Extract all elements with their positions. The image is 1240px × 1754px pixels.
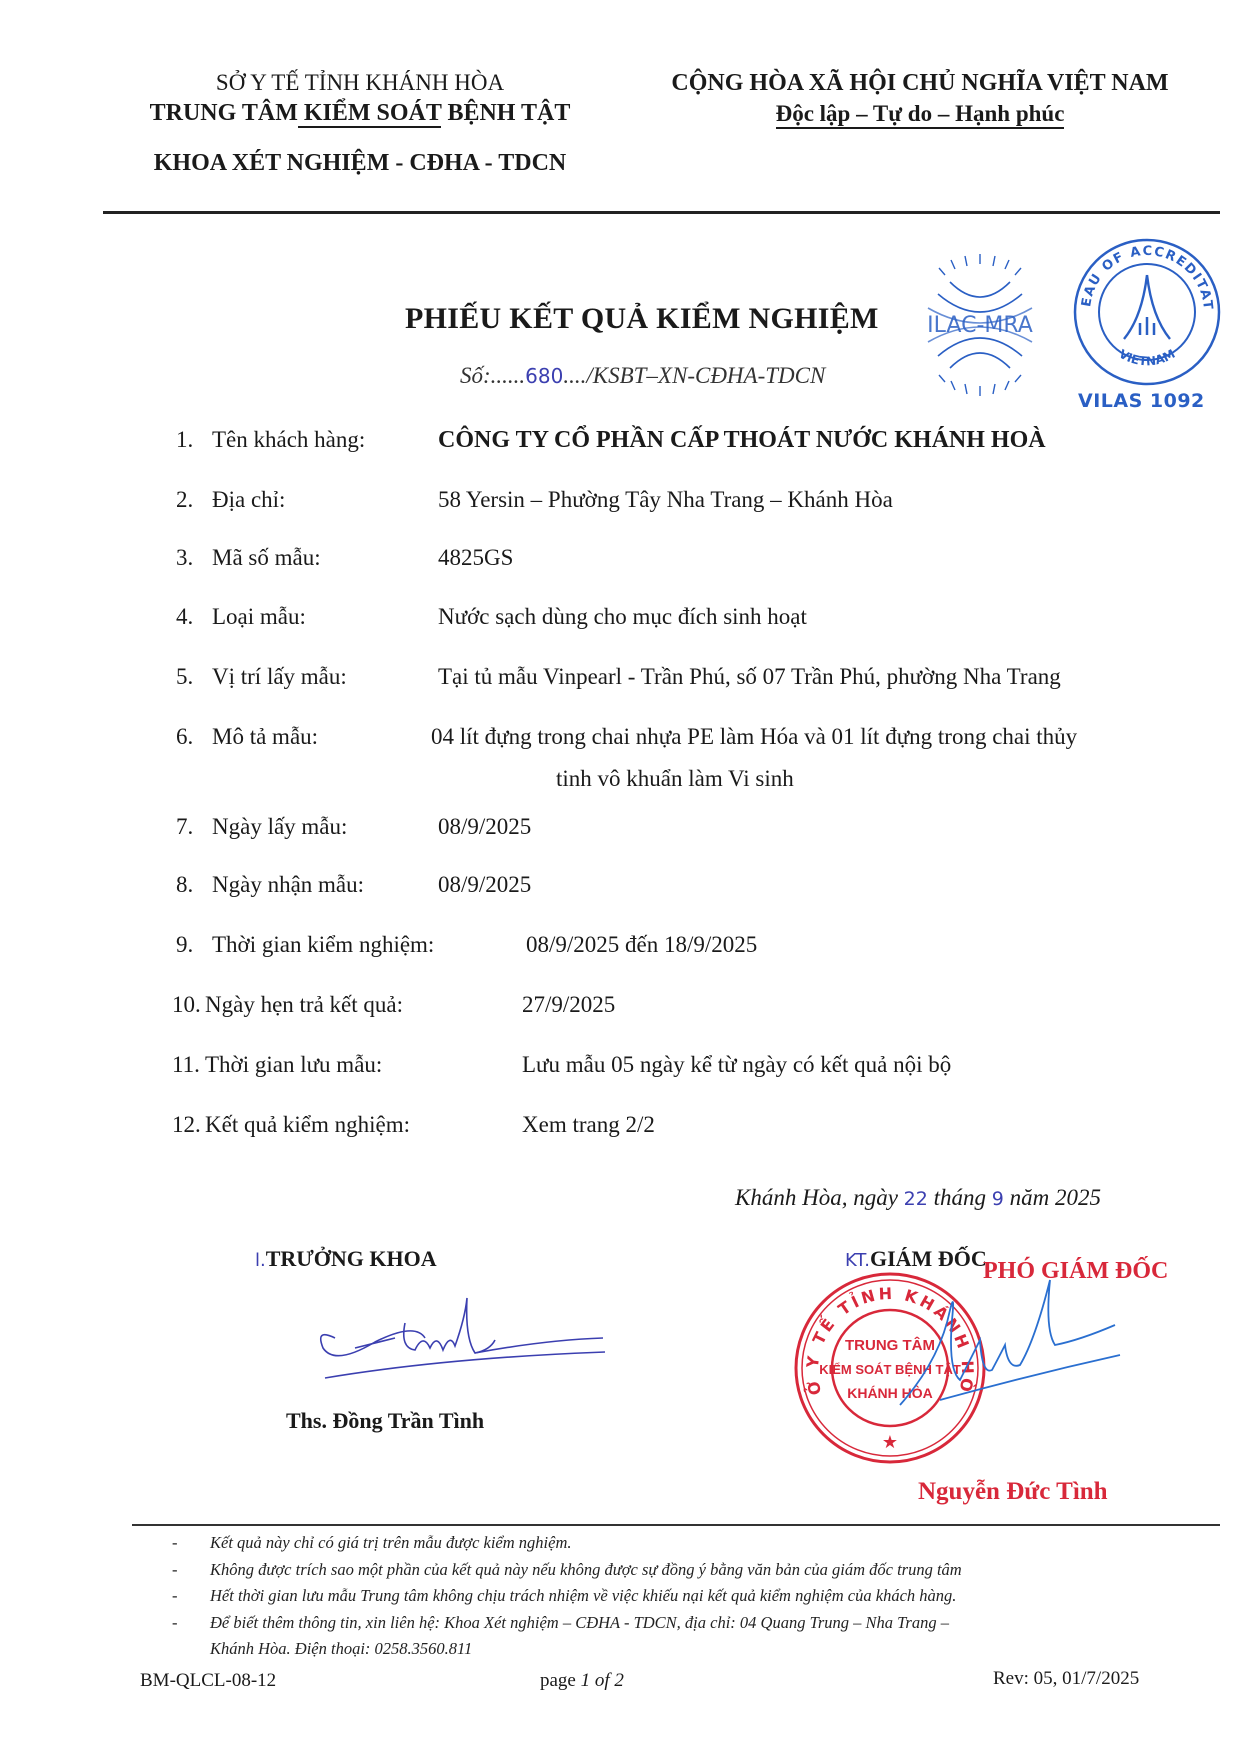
- field-label: Mã số mẫu:: [212, 543, 321, 573]
- field-value: 4825GS: [438, 543, 513, 573]
- field-label: Ngày nhận mẫu:: [212, 870, 364, 900]
- republic-title: CỘNG HÒA XÃ HỘI CHỦ NGHĨA VIỆT NAM: [640, 68, 1200, 98]
- form-code: BM-QLCL-08-12: [140, 1670, 276, 1692]
- note-item-continued: Khánh Hòa. Điện thoại: 0258.3560.811: [170, 1636, 1220, 1663]
- department-head-name: Ths. Đồng Trần Tình: [286, 1408, 484, 1434]
- organization-header: SỞ Y TẾ TỈNH KHÁNH HÒA TRUNG TÂM KIỂM SO…: [100, 68, 620, 177]
- signature-director-icon: [880, 1270, 1130, 1420]
- vilas-code: VILAS 1092: [1078, 390, 1205, 412]
- center-name: TRUNG TÂM KIỂM SOÁT BỆNH TẬT: [100, 98, 620, 128]
- field-row: 6.Mô tả mẫu:04 lít đựng trong chai nhựa …: [176, 722, 1216, 802]
- field-label: Thời gian lưu mẫu:: [205, 1050, 382, 1080]
- field-label: Tên khách hàng:: [212, 425, 365, 455]
- field-value: 08/9/2025: [438, 812, 531, 842]
- field-row: 8.Ngày nhận mẫu:08/9/2025: [176, 870, 1216, 902]
- field-value: 08/9/2025 đến 18/9/2025: [526, 930, 757, 960]
- department-name: SỞ Y TẾ TỈNH KHÁNH HÒA: [100, 68, 620, 98]
- revision-info: Rev: 05, 01/7/2025: [993, 1668, 1139, 1690]
- field-label: Mô tả mẫu:: [212, 722, 318, 752]
- national-motto: Độc lập – Tự do – Hạnh phúc: [640, 98, 1200, 130]
- field-value: 58 Yersin – Phường Tây Nha Trang – Khánh…: [438, 485, 893, 515]
- field-value: Xem trang 2/2: [522, 1110, 655, 1140]
- field-number: 3.: [176, 543, 193, 573]
- field-number: 2.: [176, 485, 193, 515]
- place-date: Khánh Hòa, ngày 22 tháng 9 năm 2025: [735, 1185, 1101, 1211]
- note-item: -Để biết thêm thông tin, xin liên hệ: Kh…: [170, 1610, 1220, 1637]
- disclaimer-notes: -Kết quả này chỉ có giá trị trên mẫu đượ…: [170, 1530, 1220, 1663]
- field-value: 08/9/2025: [438, 870, 531, 900]
- footer-divider: [132, 1524, 1220, 1526]
- field-value: CÔNG TY CỔ PHẦN CẤP THOÁT NƯỚC KHÁNH HOÀ: [438, 425, 1046, 455]
- note-item: -Kết quả này chỉ có giá trị trên mẫu đượ…: [170, 1530, 1220, 1557]
- field-row: 5.Vị trí lấy mẫu:Tại tủ mẫu Vinpearl - T…: [176, 662, 1216, 694]
- field-label: Vị trí lấy mẫu:: [212, 662, 347, 692]
- field-value: Nước sạch dùng cho mục đích sinh hoạt: [438, 602, 807, 632]
- field-row: 9.Thời gian kiểm nghiệm:08/9/2025 đến 18…: [176, 930, 1216, 962]
- field-label: Kết quả kiểm nghiệm:: [205, 1110, 410, 1140]
- ilac-mra-stamp-icon: ILAC-MRA: [910, 250, 1050, 400]
- field-number: 5.: [176, 662, 193, 692]
- field-number: 10.: [172, 990, 201, 1020]
- field-row: 2.Địa chỉ:58 Yersin – Phường Tây Nha Tra…: [176, 485, 1216, 517]
- national-header: CỘNG HÒA XÃ HỘI CHỦ NGHĨA VIỆT NAM Độc l…: [640, 68, 1200, 130]
- field-row: 12.Kết quả kiểm nghiệm:Xem trang 2/2: [172, 1110, 1212, 1142]
- field-number: 7.: [176, 812, 193, 842]
- signature-department-head-icon: [305, 1278, 605, 1388]
- field-value: Tại tủ mẫu Vinpearl - Trần Phú, số 07 Tr…: [438, 662, 1061, 692]
- header-divider: [103, 211, 1220, 214]
- field-number: 11.: [172, 1050, 200, 1080]
- handwritten-number: 680: [525, 364, 563, 388]
- document-number: Số:......680..../KSBT–XN-CĐHA-TDCN: [460, 363, 825, 389]
- document-title: PHIẾU KẾT QUẢ KIỂM NGHIỆM: [405, 302, 879, 336]
- field-number: 9.: [176, 930, 193, 960]
- field-number: 6.: [176, 722, 193, 752]
- field-number: 12.: [172, 1110, 201, 1140]
- field-label: Loại mẫu:: [212, 602, 306, 632]
- accreditation-stamp-icon: BUREAU OF ACCREDITATION VIETNAM: [1072, 237, 1222, 387]
- field-number: 4.: [176, 602, 193, 632]
- field-number: 8.: [176, 870, 193, 900]
- field-label: Thời gian kiểm nghiệm:: [212, 930, 434, 960]
- field-value: 04 lít đựng trong chai nhựa PE làm Hóa v…: [431, 722, 1077, 752]
- field-row: 10.Ngày hẹn trả kết quả:27/9/2025: [172, 990, 1212, 1022]
- svg-text:★: ★: [882, 1432, 898, 1453]
- field-row: 4.Loại mẫu:Nước sạch dùng cho mục đích s…: [176, 602, 1216, 634]
- department-head-title: l.TRƯỞNG KHOA: [255, 1246, 437, 1272]
- page-indicator: page 1 of 2: [540, 1670, 624, 1692]
- field-number: 1.: [176, 425, 193, 455]
- svg-text:ILAC-MRA: ILAC-MRA: [927, 313, 1033, 338]
- note-item: -Hết thời gian lưu mẫu Trung tâm không c…: [170, 1583, 1220, 1610]
- division-name: KHOA XÉT NGHIỆM - CĐHA - TDCN: [100, 150, 620, 177]
- field-row: 11.Thời gian lưu mẫu:Lưu mẫu 05 ngày kể …: [172, 1050, 1212, 1082]
- field-value-continued: tinh vô khuẩn làm Vi sinh: [556, 764, 794, 794]
- svg-text:VIETNAM: VIETNAM: [1116, 347, 1177, 369]
- field-label: Địa chỉ:: [212, 485, 285, 515]
- director-name: Nguyễn Đức Tình: [918, 1478, 1108, 1506]
- field-value: 27/9/2025: [522, 990, 615, 1020]
- field-row: 1.Tên khách hàng:CÔNG TY CỔ PHẦN CẤP THO…: [176, 425, 1216, 457]
- field-value: Lưu mẫu 05 ngày kể từ ngày có kết quả nộ…: [522, 1050, 951, 1080]
- field-row: 7.Ngày lấy mẫu:08/9/2025: [176, 812, 1216, 844]
- field-label: Ngày lấy mẫu:: [212, 812, 347, 842]
- field-row: 3.Mã số mẫu:4825GS: [176, 543, 1216, 575]
- note-item: -Không được trích sao một phần của kết q…: [170, 1557, 1220, 1584]
- field-label: Ngày hẹn trả kết quả:: [205, 990, 403, 1020]
